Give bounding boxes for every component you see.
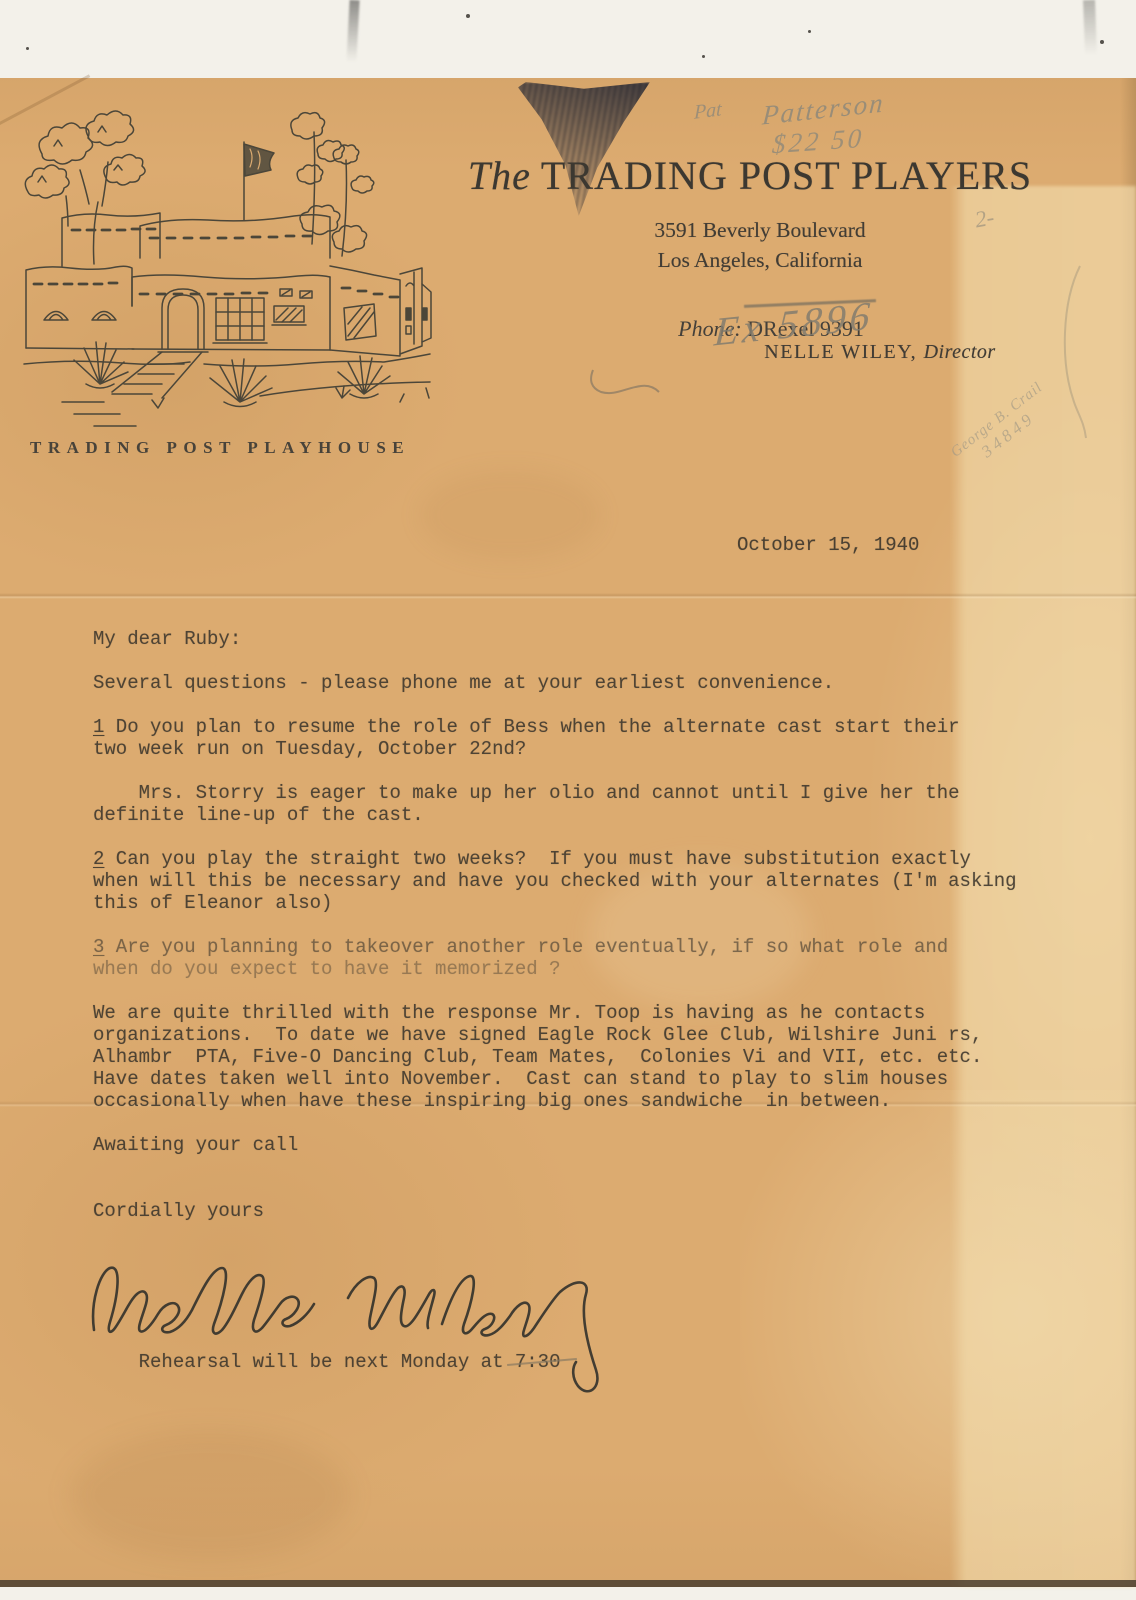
org-name: TRADING POST PLAYERS [541, 153, 1032, 198]
fold-crease [0, 593, 1136, 599]
typed-line [93, 1112, 1073, 1134]
org-name-prefix: The [468, 153, 531, 198]
postscript-line: Rehearsal will be next Monday at 7:30 [93, 1329, 560, 1395]
typed-line: Alhambr PTA, Five-O Dancing Club, Team M… [93, 1046, 1073, 1068]
typed-line: 2 Can you play the straight two weeks? I… [93, 848, 1073, 870]
pencil-squiggle [585, 368, 665, 404]
address-line-1: 3591 Beverly Boulevard [560, 218, 960, 243]
typed-line [93, 826, 1073, 848]
scan-speck [808, 30, 811, 33]
typed-line: Have dates taken well into November. Cas… [93, 1068, 1073, 1090]
typed-line: 1 Do you plan to resume the role of Bess… [93, 716, 1073, 738]
scan-speck [702, 55, 705, 58]
typed-line: We are quite thrilled with the response … [93, 1002, 1073, 1024]
typed-line: Cordially yours [93, 1200, 1073, 1222]
pencil-note-amount: $22 50 [771, 123, 865, 161]
date-line: October 15, 1940 [737, 534, 919, 556]
typed-line: Mrs. Storry is eager to make up her olio… [93, 782, 1073, 804]
org-name-heading: TheTRADING POST PLAYERS [443, 152, 1057, 199]
typed-line: two week run on Tuesday, October 22nd? [93, 738, 1073, 760]
postscript-text: Rehearsal will be next Monday at [139, 1351, 515, 1373]
director-title: Director [924, 341, 996, 363]
scan-speck [26, 47, 29, 50]
paper-bottom-edge [0, 1580, 1136, 1587]
typed-line: this of Eleanor also) [93, 892, 1073, 914]
paper-stain [420, 470, 600, 560]
typed-line: My dear Ruby: [93, 628, 1073, 650]
typed-line: when will this be necessary and have you… [93, 870, 1073, 892]
typed-line [93, 980, 1073, 1002]
scan-speck [466, 14, 470, 18]
typed-line [93, 1178, 1073, 1200]
pencil-faint-arc [1050, 262, 1090, 442]
typed-line [93, 760, 1073, 782]
typed-line: when do you expect to have it memorized … [93, 958, 1073, 980]
illustration-caption: TRADING POST PLAYHOUSE [30, 438, 410, 458]
scanned-letter-page: TRADING POST PLAYHOUSE TheTRADING POST P… [0, 0, 1136, 1600]
address-line-2: Los Angeles, California [560, 248, 960, 273]
typed-line: organizations. To date we have signed Ea… [93, 1024, 1073, 1046]
postscript-time: 7:30 [515, 1351, 561, 1373]
pencil-note-pat: Pat [694, 98, 722, 125]
typed-line: Several questions - please phone me at y… [93, 672, 1073, 694]
scan-streak [1083, 0, 1097, 55]
scan-streak [346, 0, 359, 62]
scan-speck [1100, 40, 1104, 44]
typed-line: 3 Are you planning to takeover another r… [93, 936, 1073, 958]
typed-line: Awaiting your call [93, 1134, 1073, 1156]
typed-line [93, 650, 1073, 672]
typed-line [93, 694, 1073, 716]
typed-line [93, 1156, 1073, 1178]
typed-line: definite line-up of the cast. [93, 804, 1073, 826]
paper-stain [70, 1430, 350, 1560]
typed-line: occasionally when have these inspiring b… [93, 1090, 1073, 1112]
playhouse-illustration [12, 96, 432, 436]
letter-body: My dear Ruby:Several questions - please … [93, 628, 1073, 1222]
typed-line [93, 914, 1073, 936]
